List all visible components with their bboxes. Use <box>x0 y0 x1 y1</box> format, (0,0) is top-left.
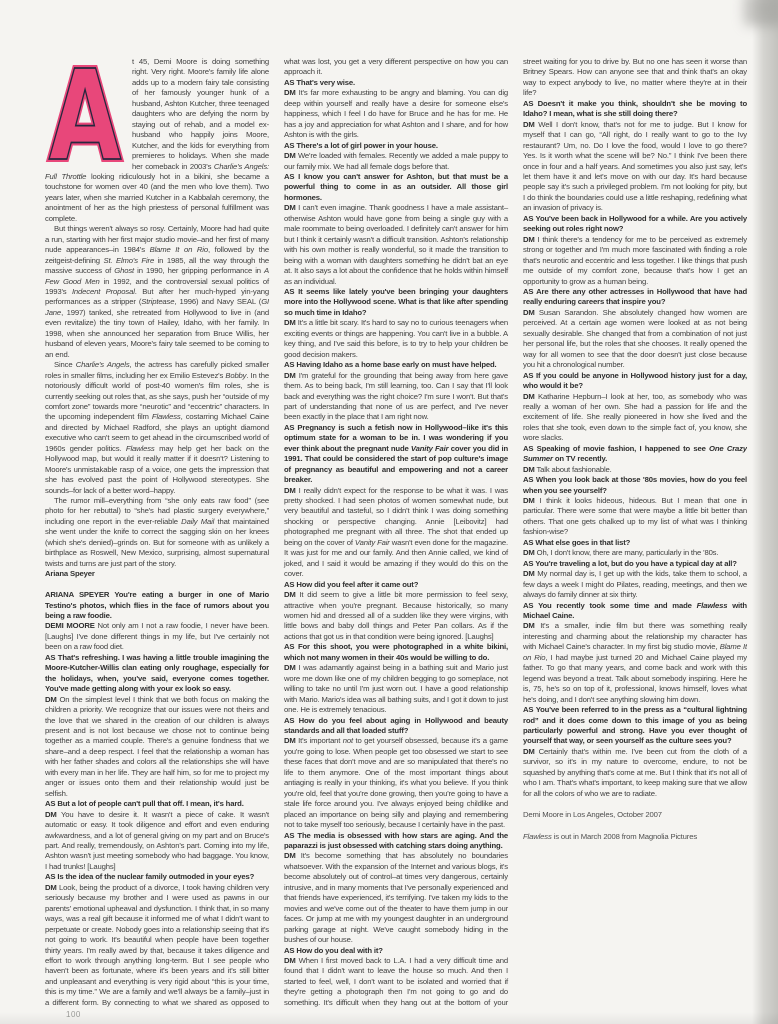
speaker-label: AS <box>284 423 294 432</box>
question-paragraph: AS What else goes in that list? <box>523 538 747 548</box>
question-paragraph: AS Is the idea of the nuclear family out… <box>45 872 269 882</box>
question-paragraph: AS Are there any other actresses in Holl… <box>523 287 747 308</box>
answer-paragraph: DM It did seem to give a little bit more… <box>284 590 508 642</box>
question-paragraph: AS Having Idaho as a home base early on … <box>284 360 508 370</box>
speaker-label: DM <box>523 621 535 630</box>
question-paragraph: AS When you look back at those '80s movi… <box>523 475 747 496</box>
answer-paragraph: DM Talk about fashionable. <box>523 465 747 475</box>
speaker-label: DM <box>523 548 535 557</box>
intro-paragraph: Since Charlie's Angels, the actress has … <box>45 360 269 496</box>
speaker-label: DM <box>45 883 57 892</box>
speaker-label: ARIANA SPEYER <box>45 590 109 599</box>
speaker-label: AS <box>284 642 294 651</box>
question-paragraph: AS But a lot of people can't pull that o… <box>45 799 269 809</box>
speaker-label: DM <box>284 371 296 380</box>
speaker-label: AS <box>523 444 533 453</box>
speaker-label: AS <box>284 360 294 369</box>
answer-paragraph: DM I really didn't expect for the respon… <box>284 486 508 580</box>
speaker-label: AS <box>284 716 294 725</box>
answer-paragraph: DM We're loaded with females. Recently w… <box>284 151 508 172</box>
scan-corner-top-right <box>744 0 778 26</box>
answer-paragraph: DM I'm grateful for the grounding that b… <box>284 371 508 423</box>
answer-paragraph: DM It's far more exhausting to be angry … <box>284 88 508 140</box>
question-paragraph: AS Pregnancy is such a fetish now in Hol… <box>284 423 508 486</box>
speaker-label: AS <box>284 580 294 589</box>
intro-paragraph: AAt 45, Demi Moore is doing something ri… <box>45 57 269 224</box>
question-paragraph: AS How do you deal with it? <box>284 946 508 956</box>
speaker-label: AS <box>284 946 294 955</box>
answer-paragraph: DM I can't even imagine. Thank goodness … <box>284 203 508 287</box>
credit-line: Demi Moore in Los Angeles, October 2007 <box>523 810 747 820</box>
question-paragraph: AS You've been back in Hollywood for a w… <box>523 214 747 235</box>
speaker-label: DM <box>284 486 296 495</box>
intro-paragraph: The rumor mill–everything from “she only… <box>45 496 269 569</box>
answer-paragraph: DEMI MOORE Not only am I not a raw foodi… <box>45 621 269 652</box>
answer-paragraph: DM You have to desire it. It wasn't a pi… <box>45 810 269 873</box>
scan-edge-right <box>752 0 778 1024</box>
speaker-label: DM <box>523 496 535 505</box>
speaker-label: AS <box>523 371 533 380</box>
speaker-label: DM <box>284 851 296 860</box>
answer-paragraph: DM My normal day is, I get up with the k… <box>523 569 747 600</box>
speaker-label: AS <box>523 214 533 223</box>
answer-paragraph: DM Susan Sarandon. She absolutely change… <box>523 308 747 371</box>
answer-paragraph: DM I think it looks hideous, hideous. Bu… <box>523 496 747 538</box>
drop-cap-letter-a: AA <box>45 59 125 162</box>
speaker-label: AS <box>523 559 533 568</box>
intro-paragraph: But things weren't always so rosy. Certa… <box>45 224 269 360</box>
speaker-label: AS <box>284 172 294 181</box>
speaker-label: AS <box>523 99 533 108</box>
speaker-label: DM <box>284 736 296 745</box>
question-paragraph: AS For this shoot, you were photographed… <box>284 642 508 663</box>
speaker-label: DM <box>284 151 296 160</box>
question-paragraph: AS You've been referred to in the press … <box>523 705 747 747</box>
answer-paragraph: DM It's a little bit scary. It's hard to… <box>284 318 508 360</box>
speaker-label: DM <box>523 569 535 578</box>
question-paragraph: AS I know you can't answer for Ashton, b… <box>284 172 508 203</box>
speaker-label: DM <box>284 88 296 97</box>
answer-paragraph: DM Well I don't know, that's not for me … <box>523 120 747 214</box>
drop-cap: AA <box>45 59 125 162</box>
article-columns: AAt 45, Demi Moore is doing something ri… <box>45 57 747 1015</box>
speaker-label: DM <box>284 203 296 212</box>
answer-paragraph: DM On the simplest level I think that we… <box>45 695 269 800</box>
answer-paragraph: DM It's important not to get yourself ob… <box>284 736 508 830</box>
speaker-label: AS <box>284 78 294 87</box>
speaker-label: AS <box>523 705 533 714</box>
answer-paragraph: DM Certainly that's within me. I've been… <box>523 747 747 799</box>
speaker-label: AS <box>45 653 55 662</box>
speaker-label: DM <box>523 120 535 129</box>
magazine-page: AAt 45, Demi Moore is doing something ri… <box>0 0 778 1024</box>
speaker-label: DM <box>523 747 535 756</box>
speaker-label: DM <box>284 318 296 327</box>
speaker-label: AS <box>284 831 294 840</box>
speaker-label: AS <box>523 287 533 296</box>
speaker-label: DEMI MOORE <box>45 621 95 630</box>
question-paragraph: AS The media is obsessed with how stars … <box>284 831 508 852</box>
speaker-label: DM <box>284 663 296 672</box>
answer-paragraph: DM Oh, I don't know, there are many, par… <box>523 548 747 558</box>
speaker-label: DM <box>284 590 296 599</box>
answer-paragraph: DM It's a smaller, indie film but there … <box>523 621 747 705</box>
speaker-label: DM <box>523 308 535 317</box>
answer-paragraph: DM It's become something that has absolu… <box>284 851 508 945</box>
question-paragraph: AS Doesn't it make you think, shouldn't … <box>523 99 747 120</box>
speaker-label: AS <box>523 538 533 547</box>
speaker-label: DM <box>523 465 535 474</box>
question-paragraph: AS How did you feel after it came out? <box>284 580 508 590</box>
question-paragraph: AS That's refreshing. I was having a lit… <box>45 653 269 695</box>
question-paragraph: AS How do you feel about aging in Hollyw… <box>284 716 508 737</box>
question-paragraph: ARIANA SPEYER You're eating a burger in … <box>45 590 269 621</box>
speaker-label: DM <box>284 956 296 965</box>
question-paragraph: AS If you could be anyone in Hollywood h… <box>523 371 747 392</box>
question-paragraph: AS There's a lot of girl power in your h… <box>284 141 508 151</box>
question-paragraph: AS Speaking of movie fashion, I happened… <box>523 444 747 465</box>
byline: Ariana Speyer <box>45 569 269 579</box>
speaker-label: AS <box>523 475 533 484</box>
speaker-label: DM <box>45 695 57 704</box>
answer-paragraph: DM Katharine Hepburn–I look at her, too,… <box>523 392 747 444</box>
answer-paragraph: DM I was adamantly against being in a ba… <box>284 663 508 715</box>
speaker-label: DM <box>523 392 535 401</box>
speaker-label: DM <box>45 810 57 819</box>
speaker-label: AS <box>284 287 294 296</box>
svg-text:A: A <box>49 59 122 162</box>
speaker-label: AS <box>45 872 55 881</box>
question-paragraph: AS You're traveling a lot, but do you ha… <box>523 559 747 569</box>
answer-paragraph: DM I think there's a tendency for me to … <box>523 235 747 287</box>
question-paragraph: AS You recently took some time and made … <box>523 601 747 622</box>
page-number: 100 <box>66 1010 81 1019</box>
question-paragraph: AS It seems like lately you've been brin… <box>284 287 508 318</box>
speaker-label: AS <box>45 799 55 808</box>
speaker-label: DM <box>523 235 535 244</box>
speaker-label: AS <box>523 601 533 610</box>
speaker-label: AS <box>284 141 294 150</box>
question-paragraph: AS That's very wise. <box>284 78 508 88</box>
credit-line: Flawless is out in March 2008 from Magno… <box>523 832 747 842</box>
